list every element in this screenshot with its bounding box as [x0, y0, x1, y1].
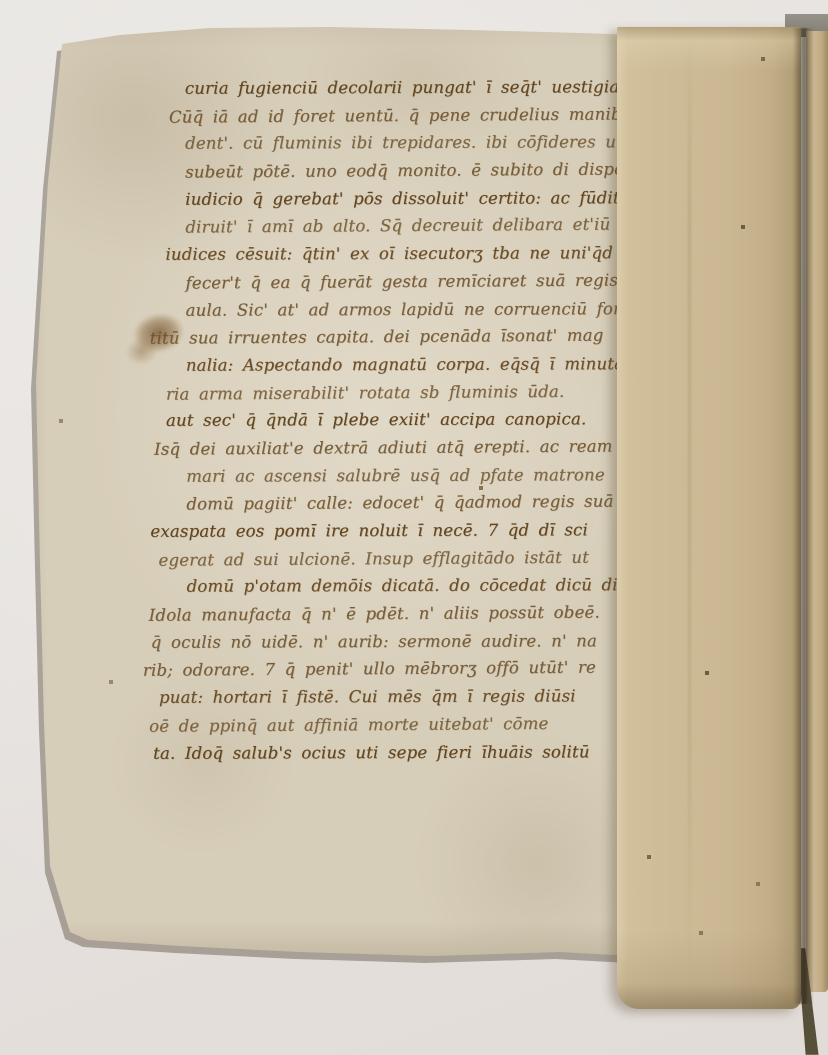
manuscript-line: ta. Idoq̄ salub's ocius uti sepe fieri ī… [153, 738, 654, 767]
paper-specks [0, 0, 2, 2]
manuscript-line: subeūt pōtē. uno eodq̄ monito. ē subito … [185, 155, 652, 186]
manuscript-line: Cūq̄ iā ad id foret uentū. q̄ pene crude… [169, 100, 652, 131]
manuscript-line: diruit' ī amī ab alto. Sq̄ decreuit deli… [185, 211, 652, 242]
manuscript-line: rib; odorare. 7 q̄ penit' ullo mēbrorʒ o… [143, 654, 654, 685]
manuscript-text-block: curia fugienciū decolarii pungat' ī seq̄… [147, 73, 654, 767]
manuscript-line: oē de ppinq̄ aut affiniā morte uitebat' … [149, 709, 654, 740]
manuscript-line: iudices cēsuit: q̄tin' ex oī isecutorʒ t… [165, 239, 652, 268]
photo-backdrop: { "document": { "kind": "medieval-manusc… [0, 0, 828, 1055]
manuscript-line: iudicio q̄ gerebat' pōs dissoluit' certi… [185, 184, 652, 213]
manuscript-line: nalia: Aspectando magnatū corpa. eq̄sq̄ … [186, 350, 653, 379]
manuscript-line: mari ac ascensi salubrē usq̄ ad pfate ma… [186, 461, 653, 490]
gutter-shadow [793, 28, 814, 1004]
manuscript-line: egerat ad sui ulcionē. Insup efflagitādo… [158, 543, 653, 574]
manuscript-line: domū pagiit' calle: edocet' q̄ q̄admod r… [186, 488, 653, 519]
manuscript-line: aut sec' q̄ q̄ndā ī plebe exiit' accipa … [166, 405, 653, 434]
manuscript-line: curia fugienciū decolarii pungat' ī seq̄… [185, 73, 652, 102]
manuscript-line: fecer't q̄ ea q̄ fuerāt gesta remīciaret… [185, 266, 652, 297]
flyleaf-fold [617, 27, 801, 1009]
manuscript-line: dent'. cū fluminis ibi trepidares. ibi c… [185, 128, 652, 157]
manuscript-line: Isq̄ dei auxiliat'e dextrā adiuti atq̄ e… [154, 432, 653, 463]
manuscript-line: domū p'otam demōis dicatā. do cōcedat di… [187, 571, 654, 600]
manuscript-line: exaspata eos pomī ire noluit ī necē. 7 q… [150, 516, 653, 545]
manuscript-line: aula. Sic' at' ad armos lapidū ne corrue… [186, 295, 653, 324]
manuscript-line: q̄ oculis nō uidē. n' aurib: sermonē aud… [151, 627, 654, 656]
flyleaf-crease [688, 40, 691, 980]
manuscript-line: puat: hortari ī fistē. Cui mēs q̄m ī reg… [159, 682, 654, 711]
manuscript-line: titū sua irruentes capita. dei pcenāda ī… [150, 321, 653, 352]
manuscript-line: ria arma miserabilit' rotata sb fluminis… [166, 377, 653, 408]
manuscript-line: Idola manufacta q̄ n' ē pdēt. n' aliis p… [149, 598, 654, 629]
